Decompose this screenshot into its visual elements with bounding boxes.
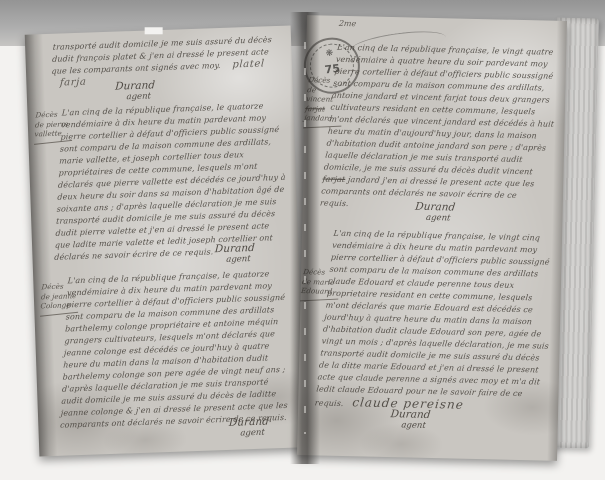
agent-title: agent: [126, 91, 155, 103]
agent-title: agent: [425, 213, 454, 225]
register-book: transporté audit domicile je me suis ass…: [18, 6, 598, 474]
act-pierre-vallette: L'an cinq de la république française, le…: [54, 99, 292, 263]
agent-title: agent: [401, 420, 430, 432]
act-text: L'an cinq de la république française, le…: [323, 43, 554, 176]
act-text: L'an cinq de la république française, le…: [314, 229, 550, 408]
act-text: L'an cinq de la république française, le…: [60, 269, 288, 429]
agent-signature: Durand agent: [413, 202, 455, 225]
agent-signature: Durand agent: [114, 80, 155, 103]
signature-farja: farja: [60, 77, 87, 89]
left-page: transporté audit domicile je me suis ass…: [25, 25, 306, 456]
signature-platel: platel: [232, 58, 265, 70]
act-vincent-jandard: L'an cinq de la république française, le…: [319, 42, 563, 215]
struck-word: farjat: [322, 175, 346, 184]
right-page: ❋ 75 2me Décès de vincent farjat jandard…: [297, 15, 567, 461]
corner-mark: 2me: [338, 19, 356, 28]
agent-signature: Durand agent: [389, 409, 431, 432]
act-previous-ending: transporté audit domicile je me suis ass…: [51, 34, 285, 90]
act-text: L'an cinq de la république française, le…: [54, 101, 286, 261]
agent-name: Durand: [415, 201, 456, 214]
agent-title: agent: [226, 254, 255, 266]
agent-name: Durand: [390, 408, 431, 421]
agent-title: agent: [240, 428, 269, 440]
agent-signature: Durand agent: [214, 243, 255, 266]
act-jeanne-colonge: L'an cinq de la république française, le…: [60, 267, 298, 431]
agent-signature: Durand agent: [228, 416, 269, 439]
act-marie-edouard: L'an cinq de la république française, le…: [314, 228, 562, 415]
